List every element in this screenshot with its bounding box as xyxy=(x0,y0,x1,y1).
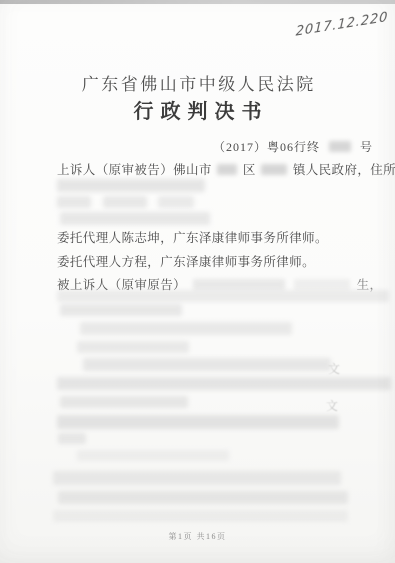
redacted-town-name xyxy=(261,164,287,175)
appellant-text-3: 镇人民政府，住所地佛 xyxy=(293,163,395,177)
redacted-text-band xyxy=(80,322,292,335)
redacted-text-band xyxy=(57,290,389,302)
agent-line-1: 委托代理人陈志坤，广东泽康律师事务所律师。 xyxy=(57,228,328,246)
redacted-text-band xyxy=(60,212,210,225)
redacted-district-name xyxy=(217,164,237,175)
appellant-text-1: 上诉人（原审被告）佛山市 xyxy=(57,163,212,177)
redacted-text-band xyxy=(57,377,391,390)
document-title: 行政判决书 xyxy=(0,95,395,124)
redacted-text-band xyxy=(58,433,86,444)
redacted-text-band xyxy=(53,510,348,522)
faint-scan-glyph: 文 xyxy=(328,360,340,377)
redacted-text-band xyxy=(57,415,339,429)
redacted-text-band xyxy=(60,396,188,408)
redacted-text-band xyxy=(57,179,205,192)
court-name-heading: 广东省佛山市中级人民法院 xyxy=(0,70,395,95)
redacted-text-band xyxy=(77,341,189,353)
appellant-line: 上诉人（原审被告）佛山市 区 镇人民政府，住所地佛 xyxy=(57,160,395,178)
case-number-line: （2017）粤06行终 号 xyxy=(213,138,373,155)
faint-scan-glyph: 文 xyxy=(326,397,338,414)
redacted-text-band xyxy=(60,304,182,316)
handwritten-date-note: 2017.12.220 xyxy=(296,10,389,40)
redacted-text-band xyxy=(77,450,229,461)
redacted-case-number xyxy=(329,141,351,152)
scanned-judgment-page: 2017.12.220 广东省佛山市中级人民法院 行政判决书 （2017）粤06… xyxy=(0,0,395,563)
redacted-text-band xyxy=(53,471,341,485)
scan-edge-strip xyxy=(0,0,395,4)
redacted-text-band xyxy=(83,358,331,371)
case-number-suffix: 号 xyxy=(360,140,373,154)
redacted-appellee-name xyxy=(193,279,285,290)
redacted-text-band xyxy=(103,196,147,208)
redacted-birthdate xyxy=(294,279,350,290)
case-number-prefix: （2017）粤06行终 xyxy=(213,140,320,154)
redacted-text-band xyxy=(158,196,194,208)
redacted-text-band xyxy=(57,196,91,208)
page-number-footer: 第1页 共16页 xyxy=(0,531,395,542)
redacted-text-band xyxy=(58,491,348,504)
appellant-text-2: 区 xyxy=(243,163,256,177)
agent-line-2: 委托代理人方程，广东泽康律师事务所律师。 xyxy=(57,252,315,270)
